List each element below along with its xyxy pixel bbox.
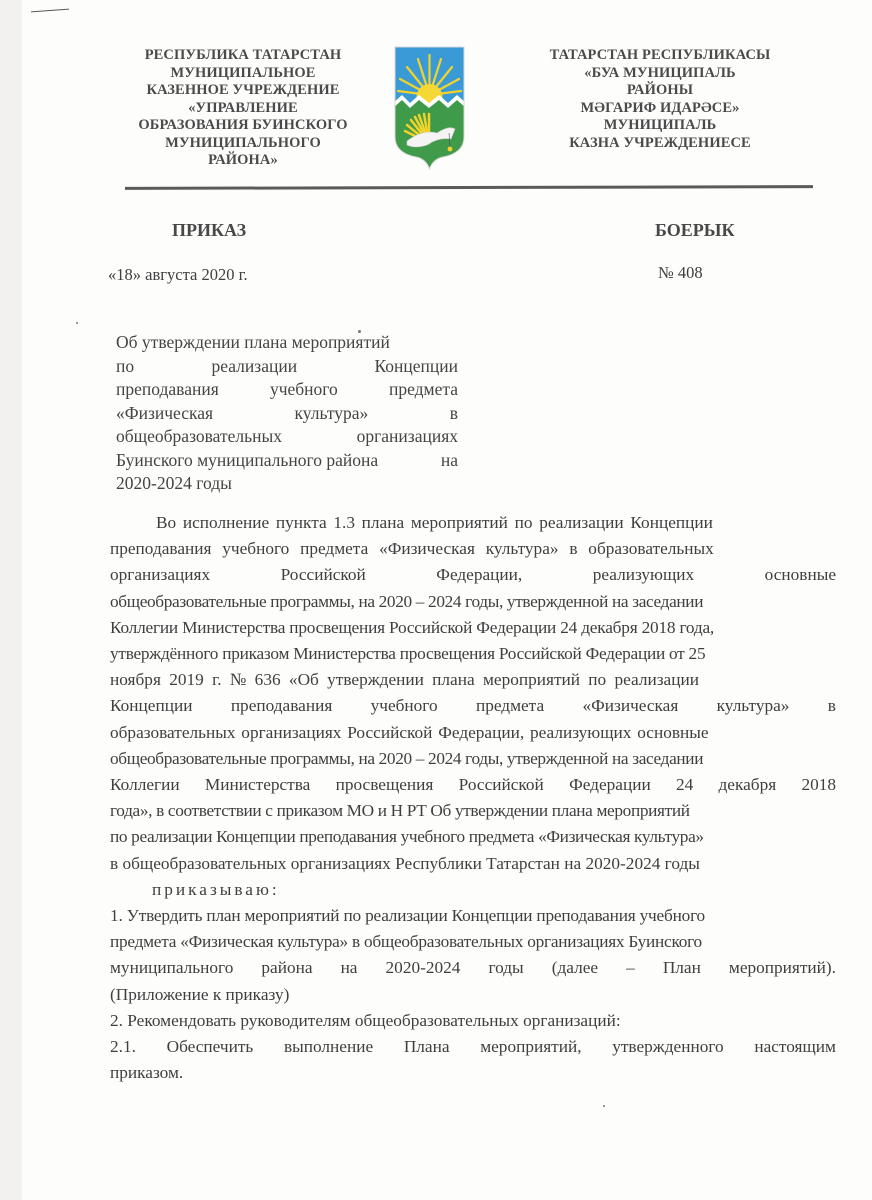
- body-line: общеобразовательные программы, на 2020 –…: [110, 746, 836, 772]
- header-line: МУНИЦИПАЛЬ: [520, 117, 800, 135]
- body-line: Концепциипреподаванияучебногопредмета«Фи…: [110, 693, 836, 719]
- header-line: ОБРАЗОВАНИЯ БУИНСКОГО: [118, 117, 368, 135]
- subject-line: Буинского муниципального районана: [116, 449, 458, 473]
- subject-line: 2020-2024 годы: [116, 472, 458, 496]
- body-line: КоллегииМинистерствапросвещенияРоссийско…: [110, 772, 836, 798]
- body-line: преподавания учебного предмета «Физическ…: [110, 536, 836, 562]
- document-body: Во исполнение пункта 1.3 плана мероприят…: [110, 510, 836, 1086]
- document-date: «18» августа 2020 г.: [108, 265, 248, 285]
- subject-line: пореализацииКонцепции: [116, 355, 458, 379]
- scan-edge: [0, 0, 22, 1200]
- body-line: Коллегии Министерства просвещения Россий…: [110, 615, 836, 641]
- item-line: 2. Рекомендовать руководителям общеобраз…: [110, 1008, 836, 1034]
- subject-line: общеобразовательныхорганизациях: [116, 425, 458, 449]
- subject-line: преподаванияучебногопредмета: [116, 378, 458, 402]
- header-divider: [125, 185, 813, 190]
- body-line: года», в соответствии с приказом МО и Н …: [110, 798, 836, 824]
- body-line: организацияхРоссийскойФедерации,реализую…: [110, 562, 836, 588]
- header-line: КАЗЕННОЕ УЧРЕЖДЕНИЕ: [118, 82, 368, 100]
- header-line: РЕСПУБЛИКА ТАТАРСТАН: [118, 47, 368, 65]
- item-line: 2.1.ОбеспечитьвыполнениеПланамероприятий…: [110, 1034, 836, 1060]
- body-line: по реализации Концепции преподавания уче…: [110, 824, 836, 850]
- header-line: «УПРАВЛЕНИЕ: [118, 100, 368, 118]
- scan-speck: [603, 1105, 605, 1107]
- document-number: № 408: [658, 263, 703, 283]
- header-line: ТАТАРСТАН РЕСПУБЛИКАСЫ: [520, 47, 800, 65]
- header-line: КАЗНА УЧРЕЖДЕНИЕСЕ: [520, 135, 800, 153]
- body-line: общеобразовательные программы, на 2020 –…: [110, 589, 836, 615]
- item-line: предмета «Физическая культура» в общеобр…: [110, 929, 836, 955]
- header-line: МУНИЦИПАЛЬНОГО: [118, 135, 368, 153]
- subject-line: «Физическаякультура»в: [116, 402, 458, 426]
- coat-of-arms-icon: [393, 45, 466, 170]
- item-line: приказом.: [110, 1060, 836, 1086]
- body-line: в общеобразовательных организациях Респу…: [110, 851, 836, 877]
- header-line: РАЙОНА»: [118, 152, 368, 170]
- item-line: (Приложение к приказу): [110, 982, 836, 1008]
- document-type-tatar: БОЕРЫК: [655, 220, 735, 241]
- pen-mark: [31, 9, 69, 13]
- body-line: утверждённого приказом Министерства прос…: [110, 641, 836, 667]
- item-line: муниципальногорайонана2020-2024годы(дале…: [110, 955, 836, 981]
- order-word: приказываю:: [110, 877, 836, 903]
- header-line: МУНИЦИПАЛЬНОЕ: [118, 65, 368, 83]
- scan-speck: [76, 322, 78, 324]
- document-subject: Об утверждении плана мероприятий пореали…: [116, 331, 458, 496]
- body-line: образовательных организациях Российской …: [110, 720, 836, 746]
- header-line: РАЙОНЫ: [520, 82, 800, 100]
- header-org-tatar: ТАТАРСТАН РЕСПУБЛИКАСЫ «БУА МУНИЦИПАЛЬ Р…: [520, 47, 800, 152]
- document-type-russian: ПРИКАЗ: [172, 220, 246, 241]
- subject-line: Об утверждении плана мероприятий: [116, 331, 458, 355]
- header-line: МӘГАРИФ ИДАРӘСЕ»: [520, 100, 800, 118]
- header-line: «БУА МУНИЦИПАЛЬ: [520, 65, 800, 83]
- item-line: 1. Утвердить план мероприятий по реализа…: [110, 903, 836, 929]
- body-line: Во исполнение пункта 1.3 плана мероприят…: [110, 510, 836, 536]
- header-org-russian: РЕСПУБЛИКА ТАТАРСТАН МУНИЦИПАЛЬНОЕ КАЗЕН…: [118, 47, 368, 170]
- body-line: ноября 2019 г. № 636 «Об утверждении пла…: [110, 667, 836, 693]
